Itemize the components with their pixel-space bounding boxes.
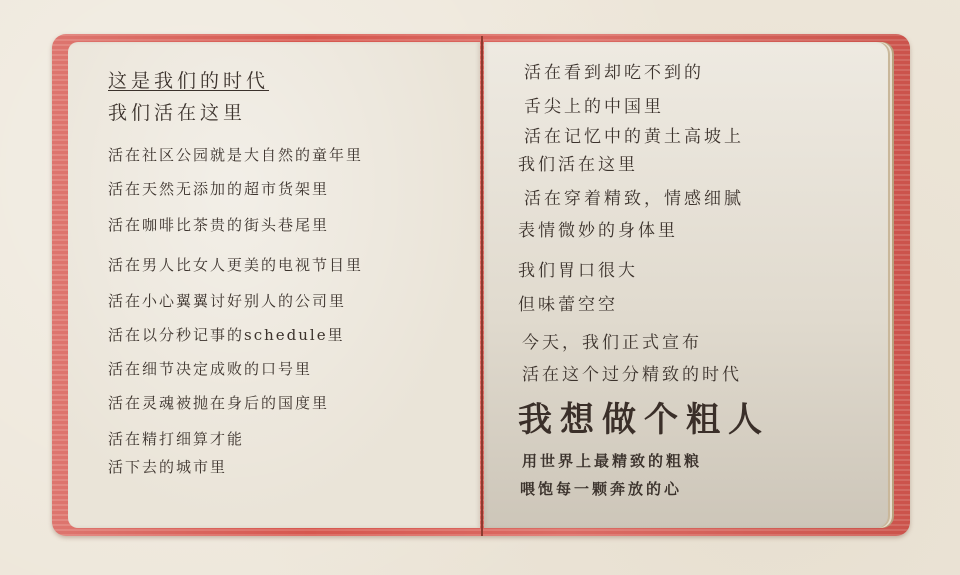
right-line-5: 活在穿着精致，情感细腻 bbox=[524, 184, 744, 209]
right-line-1: 活在看到却吃不到的 bbox=[524, 58, 704, 83]
headline: 我想做个粗人 bbox=[518, 392, 770, 441]
left-title-line-1: 这是我们的时代 bbox=[108, 66, 269, 93]
left-line-7: 活在细节决定成败的口号里 bbox=[108, 358, 312, 379]
left-line-4: 活在男人比女人更美的电视节目里 bbox=[108, 254, 363, 275]
left-line-5: 活在小心翼翼讨好别人的公司里 bbox=[108, 290, 346, 311]
left-line-6: 活在以分秒记事的schedule里 bbox=[108, 324, 345, 345]
left-line-1: 活在社区公园就是大自然的童年里 bbox=[108, 144, 363, 165]
closing-line-1: 用世界上最精致的粗粮 bbox=[522, 450, 702, 471]
right-line-6: 表情微妙的身体里 bbox=[518, 216, 678, 241]
closing-line-2: 喂饱每一颗奔放的心 bbox=[520, 478, 682, 499]
left-page: 这是我们的时代 我们活在这里 活在社区公园就是大自然的童年里 活在天然无添加的超… bbox=[68, 42, 480, 528]
right-line-8: 但味蕾空空 bbox=[518, 290, 618, 315]
left-line-2: 活在天然无添加的超市货架里 bbox=[108, 178, 329, 199]
right-line-9: 今天，我们正式宣布 bbox=[522, 328, 702, 353]
left-line-8: 活在灵魂被抛在身后的国度里 bbox=[108, 392, 329, 413]
left-title-line-2: 我们活在这里 bbox=[108, 98, 246, 125]
right-line-10: 活在这个过分精致的时代 bbox=[522, 360, 742, 385]
right-line-2: 舌尖上的中国里 bbox=[524, 92, 664, 117]
left-line-3: 活在咖啡比茶贵的街头巷尾里 bbox=[108, 214, 329, 235]
right-line-3: 活在记忆中的黄土高坡上 bbox=[524, 122, 744, 147]
book-spine bbox=[481, 36, 483, 536]
open-notebook: 这是我们的时代 我们活在这里 活在社区公园就是大自然的童年里 活在天然无添加的超… bbox=[0, 0, 960, 575]
left-line-10: 活下去的城市里 bbox=[108, 456, 227, 477]
right-page: 活在看到却吃不到的 舌尖上的中国里 活在记忆中的黄土高坡上 我们活在这里 活在穿… bbox=[484, 42, 888, 528]
right-line-4: 我们活在这里 bbox=[518, 150, 638, 175]
right-line-7: 我们胃口很大 bbox=[518, 256, 638, 281]
left-line-9: 活在精打细算才能 bbox=[108, 428, 244, 449]
